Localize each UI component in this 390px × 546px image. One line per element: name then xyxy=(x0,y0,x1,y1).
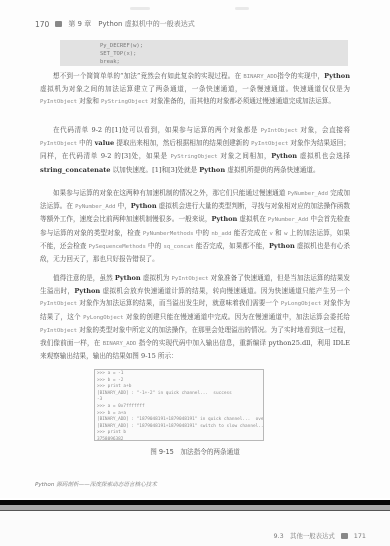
scan-artifact xyxy=(235,7,249,10)
page-number: 171 xyxy=(354,532,366,540)
inline-code: PyStringObject xyxy=(171,154,218,160)
text-run: 虚拟机也会选择 xyxy=(297,152,350,160)
inline-code: BINARY_ADD xyxy=(103,341,137,347)
text-run: 中的 xyxy=(77,139,95,147)
inline-code: sq_concat xyxy=(163,244,193,250)
text-run: 虚拟机所提供的两条快速通道。 xyxy=(225,166,319,174)
inline-code: PyIntObject xyxy=(40,141,77,147)
right-page xyxy=(0,511,390,546)
inline-code: PyNumberMethods xyxy=(143,231,194,237)
code-line: SET_TOP(x); xyxy=(100,50,348,58)
inline-code: PyLongObject xyxy=(281,301,321,307)
terminal-line: [BINARY_ADD] : "-1+-2" in quick channel.… xyxy=(97,391,263,398)
section-title: 9.3 其他一般表达式 xyxy=(274,531,335,540)
text-run: 虚拟机在 xyxy=(237,215,268,223)
figure-caption: 图 9-15 加法指令的两条通道 xyxy=(0,446,390,456)
emphasis: value xyxy=(95,139,115,147)
terminal-line: >>> print a+b xyxy=(97,384,263,391)
text-run: 虚拟机为对象之间的加法运算建立了两条通道，一条快速通道，一条慢速通道。快速通道仅… xyxy=(40,85,350,93)
inline-code: PyIntObject xyxy=(172,276,209,282)
terminal-line: [BINARY_ADD] : "1879048191+1879048191" i… xyxy=(97,417,263,424)
text-run: 虚拟机会放弃快速通道计算的结果，转向慢速通道。因为快速通道只能产生另一个 xyxy=(100,287,350,295)
inline-code: PyIntObject xyxy=(40,301,77,307)
paragraph: 想不到一个简简单单的“加法”竟然会有如此复杂的实现过程。在 BINARY_ADD… xyxy=(40,70,350,109)
paragraph: 在代码清单 9-2 的[1]处可以看到，如果参与运算的两个对象都是 PyIntO… xyxy=(40,124,350,176)
text-run: 虚拟机为 xyxy=(141,274,172,282)
inline-code: PyNumber_Add xyxy=(288,191,328,197)
terminal-line: >>> a = -1 xyxy=(97,371,263,378)
terminal-line: -3 xyxy=(97,397,263,404)
paragraph: 如果参与运算的对象在这两种有加速机制的情况之外，那它们只能通过慢速通道 PyNu… xyxy=(40,187,350,265)
text-run: 对象之间相加， xyxy=(218,152,272,160)
emphasis: Python xyxy=(324,72,350,80)
text-run: 中的 xyxy=(146,242,164,250)
pointing-hand-icon xyxy=(341,533,348,539)
text-run: 对象和 xyxy=(77,97,101,105)
scan-artifact xyxy=(130,7,150,10)
inline-code: PyIntObject xyxy=(251,141,288,147)
text-run: 能否完成在 xyxy=(232,229,270,237)
text-run: 想不到一个简简单单的“加法”竟然会有如此复杂的实现过程。在 xyxy=(53,72,243,80)
pointing-hand-icon xyxy=(55,21,62,27)
left-page: 170 第 9 章 Python 虚拟机中的一般表达式 Py_DECREF(w)… xyxy=(0,0,390,498)
book-title-footer: Python 源码剖析——深度探索动态语言核心技术 xyxy=(35,480,157,488)
terminal-line: >>> a = 0x7fffffff xyxy=(97,404,263,411)
text-run: 能否完成，如果都不能， xyxy=(194,242,269,250)
emphasis: string_concatenate xyxy=(40,166,110,174)
text-run: 和 xyxy=(273,229,284,237)
emphasis: Python xyxy=(211,215,237,223)
inline-code: PyLongObject xyxy=(83,315,123,321)
text-run: 对象作为加法运算的结果，而当溢出发生时，就意味着我们需要一个 xyxy=(77,299,281,307)
emphasis: Python xyxy=(131,202,157,210)
text-run: 提取出来相加，然后根据相加的结果创建新的 xyxy=(114,139,251,147)
emphasis: Python xyxy=(271,152,297,160)
terminal-line: >>> print b xyxy=(97,430,263,437)
code-line: break; xyxy=(100,58,348,66)
inline-code: PyNumber_Add xyxy=(75,204,115,210)
inline-code: PyNumber_Add xyxy=(268,217,308,223)
inline-code: PyIntObject xyxy=(261,128,298,134)
inline-code: PyIntObject xyxy=(40,328,77,334)
emphasis: Python xyxy=(269,242,295,250)
terminal-line: 3758096382 xyxy=(97,437,263,441)
emphasis: Python xyxy=(115,274,141,282)
paragraph: 值得注意的是，虽然 Python 虚拟机为 PyIntObject 对象准备了快… xyxy=(40,272,350,362)
emphasis: Python xyxy=(199,166,225,174)
inline-code: BINARY_ADD xyxy=(243,74,277,80)
code-line: Py_DECREF(w); xyxy=(100,42,348,50)
text-run: 对象，会直接将 xyxy=(298,126,350,134)
text-run: 对象的创建只能在慢速通道中完成。因为在慢速通道中，加法运算会委托给 xyxy=(124,313,350,321)
running-header: 170 第 9 章 Python 虚拟机中的一般表达式 xyxy=(35,19,195,29)
idle-output-screenshot: >>> a = -1>>> b = -2>>> print a+b[BINARY… xyxy=(94,369,264,441)
text-run: 如果参与运算的对象在这两种有加速机制的情况之外，那它们只能通过慢速通道 xyxy=(53,189,288,197)
text-run: 值得注意的是，虽然 xyxy=(53,274,115,282)
text-run: 指令的实现中， xyxy=(277,72,324,80)
inline-code: nb_add xyxy=(211,231,231,237)
text-run: 中的 xyxy=(193,229,211,237)
text-run: 在代码清单 9-2 的[1]处可以看到，如果参与运算的两个对象都是 xyxy=(53,126,261,134)
inline-code: PyIntObject xyxy=(40,99,77,105)
right-running-header: 9.3 其他一般表达式 171 xyxy=(274,531,367,540)
text-run: 中， xyxy=(116,202,131,210)
page-number: 170 xyxy=(35,20,49,29)
inline-code: PySequenceMethods xyxy=(89,244,146,250)
chapter-title: 第 9 章 Python 虚拟机中的一般表达式 xyxy=(68,19,194,29)
text-run: 对象准备的，而其他的对象都必须通过慢速通道完成加法运算。 xyxy=(148,97,335,105)
code-snippet: Py_DECREF(w); SET_TOP(x); break; xyxy=(60,40,348,66)
emphasis: Python xyxy=(74,287,100,295)
inline-code: PyStringObject xyxy=(101,99,148,105)
text-run: 以加快速度。[1]和[3]处就是 xyxy=(110,166,199,174)
